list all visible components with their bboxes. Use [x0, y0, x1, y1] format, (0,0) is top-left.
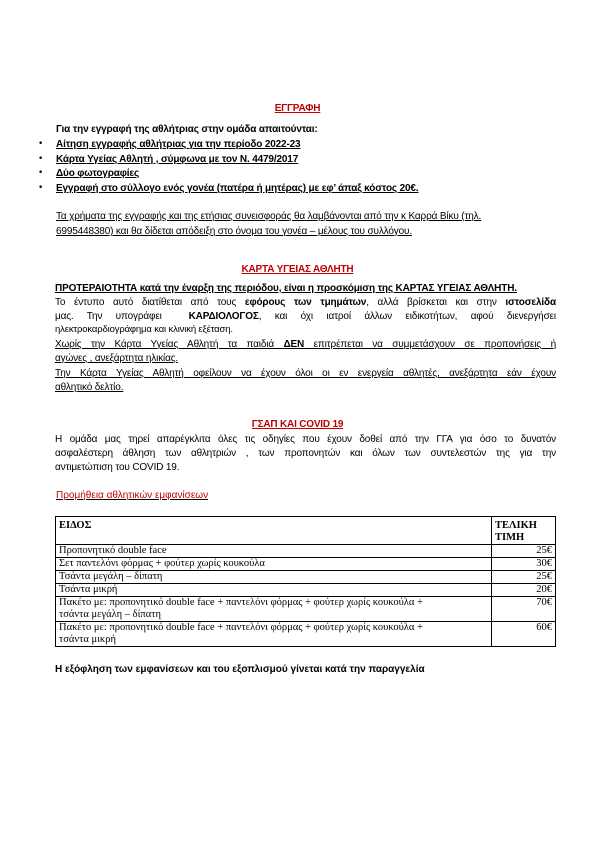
registration-heading: ΕΓΓΡΑΦΗ — [0, 103, 595, 114]
table-row: Σετ παντελόνι φόρμας + φούτερ χωρίς κουκ… — [56, 558, 556, 571]
item-cell: Σετ παντελόνι φόρμας + φούτερ χωρίς κουκ… — [56, 558, 492, 571]
payment-note-line-1: Τα χρήματα της εγγραφής και της ετήσιας … — [56, 211, 481, 223]
equipment-title: Προμήθεια αθλητικών εμφανίσεων — [56, 490, 208, 501]
table-row: Πακέτο με: προπονητικό double face + παν… — [56, 597, 556, 622]
price-cell: 70€ — [492, 597, 556, 622]
table-row: Προπονητικό double face25€ — [56, 545, 556, 558]
table-row: Πακέτο με: προπονητικό double face + παν… — [56, 622, 556, 647]
item-cell: Τσάντα μικρή — [56, 584, 492, 597]
health-card-paragraph-1-line-3: ηλεκτροκαρδιογράφημα και κλινική εξέταση… — [55, 324, 233, 336]
health-card-priority: ΠΡΟΤΕΡΑΙΟΤΗΤΑ κατά την έναρξη της περιόδ… — [55, 283, 517, 295]
price-cell: 30€ — [492, 558, 556, 571]
bullet-icon: • — [38, 183, 43, 193]
registration-intro: Για την εγγραφή της αθλήτριας στην ομάδα… — [56, 124, 318, 136]
covid-heading: ΓΣΑΠ ΚΑΙ COVID 19 — [0, 419, 595, 430]
payment-footer-note: Η εξόφληση των εμφανίσεων και του εξοπλι… — [55, 664, 425, 675]
health-card-paragraph-2-line-1: Χωρίς την Κάρτα Υγείας Αθλητή τα παιδιά … — [55, 339, 556, 351]
table-row: Τσάντα μικρή20€ — [56, 584, 556, 597]
health-card-paragraph-3-line-1: Την Κάρτα Υγείας Αθλητή οφείλουν να έχου… — [55, 368, 556, 380]
equipment-price-table: ΕΙΔΟΣ ΤΕΛΙΚΗ ΤΙΜΗ Προπονητικό double fac… — [55, 516, 556, 647]
requirement-item: Εγγραφή στο σύλλογο ενός γονέα (πατέρα ή… — [56, 183, 418, 195]
item-cell: Προπονητικό double face — [56, 545, 492, 558]
table-row: Τσάντα μεγάλη – δίπατη25€ — [56, 571, 556, 584]
price-cell: 60€ — [492, 622, 556, 647]
document-page: ΕΓΓΡΑΦΗ Για την εγγραφή της αθλήτριας στ… — [0, 0, 595, 842]
requirement-item: Αίτηση εγγραφής αθλήτριας για την περίοδ… — [56, 139, 300, 151]
health-card-paragraph-3-line-2: αθλητικό δελτίο. — [55, 382, 123, 394]
covid-line-2: ασφαλέστερη άθληση των αθλητριών , των π… — [55, 448, 556, 460]
health-card-paragraph-1-line-1: Το έντυπο αυτό διατίθεται από τους εφόρο… — [55, 297, 556, 309]
requirement-item: Δύο φωτογραφίες — [56, 168, 139, 180]
payment-note-line-2: 6995448380) και θα δίδεται απόδειξη στο … — [56, 226, 412, 238]
column-header-item: ΕΙΔΟΣ — [56, 517, 492, 545]
price-cell: 25€ — [492, 571, 556, 584]
bullet-icon: • — [38, 139, 43, 149]
item-cell: Πακέτο με: προπονητικό double face + παν… — [56, 622, 492, 647]
health-card-paragraph-2-line-2: αγώνες , ανεξάρτητα ηλικίας. — [55, 353, 178, 365]
item-cell: Πακέτο με: προπονητικό double face + παν… — [56, 597, 492, 622]
requirement-item: Κάρτα Υγείας Αθλητή , σύμφωνα με τον Ν. … — [56, 154, 298, 166]
covid-line-3: αντιμετώπιση του COVID 19. — [55, 462, 179, 474]
price-cell: 20€ — [492, 584, 556, 597]
price-cell: 25€ — [492, 545, 556, 558]
table-header-row: ΕΙΔΟΣ ΤΕΛΙΚΗ ΤΙΜΗ — [56, 517, 556, 545]
bullet-icon: • — [38, 168, 43, 178]
health-card-heading: ΚΑΡΤΑ ΥΓΕΙΑΣ ΑΘΛΗΤΗ — [0, 264, 595, 275]
health-card-paragraph-1-line-2: μας. Την υπογράφει ΚΑΡΔΙΟΛΟΓΟΣ, και όχι … — [55, 311, 556, 323]
item-cell: Τσάντα μεγάλη – δίπατη — [56, 571, 492, 584]
column-header-price: ΤΕΛΙΚΗ ΤΙΜΗ — [492, 517, 556, 545]
bullet-icon: • — [38, 154, 43, 164]
covid-line-1: Η ομάδα μας τηρεί απαρέγκλιτα όλες τις ο… — [55, 434, 556, 446]
